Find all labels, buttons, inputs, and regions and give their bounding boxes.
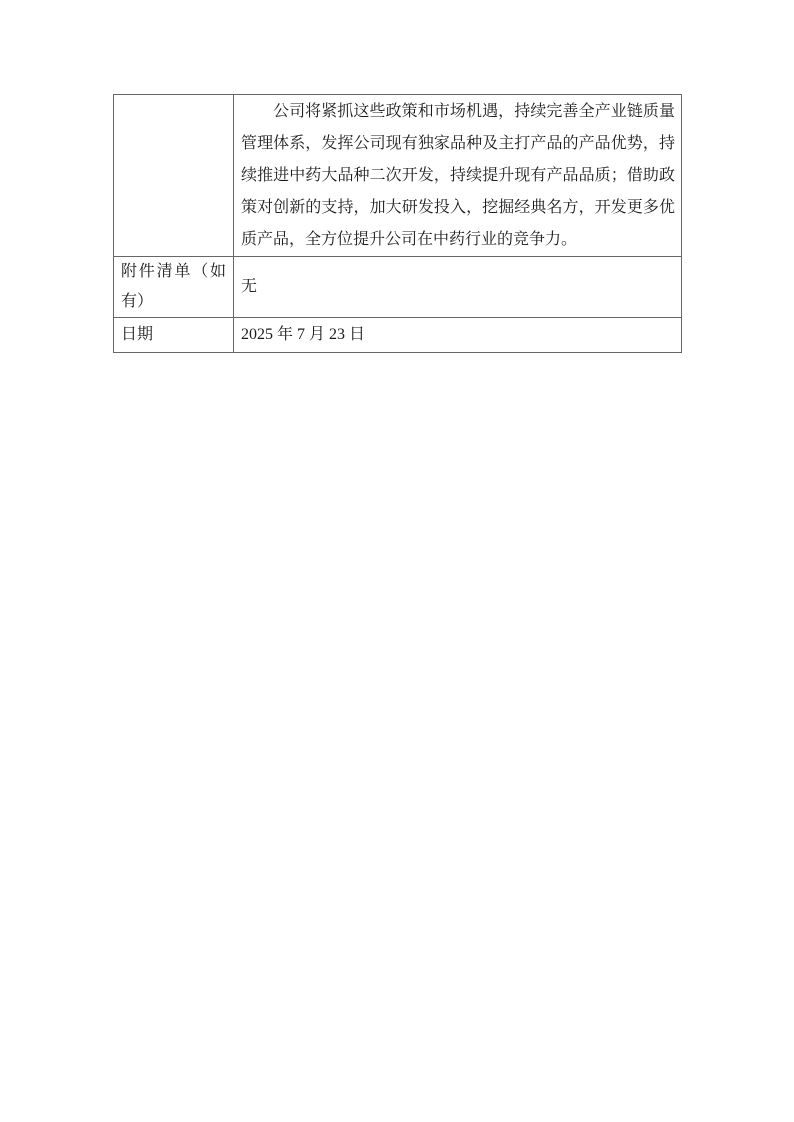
company-strategy-paragraph: 公司将紧抓这些政策和市场机遇，持续完善全产业链质量管理体系，发挥公司现有独家品种… — [241, 95, 675, 256]
document-page: 公司将紧抓这些政策和市场机遇，持续完善全产业链质量管理体系，发挥公司现有独家品种… — [0, 0, 794, 1122]
table-row: 公司将紧抓这些政策和市场机遇，持续完善全产业链质量管理体系，发挥公司现有独家品种… — [114, 95, 682, 257]
table-row: 附件清单（如有） 无 — [114, 257, 682, 318]
date-label: 日期 — [114, 318, 234, 353]
attachment-list-label: 附件清单（如有） — [114, 257, 234, 318]
attachment-date-table: 公司将紧抓这些政策和市场机遇，持续完善全产业链质量管理体系，发挥公司现有独家品种… — [113, 94, 682, 353]
table-row: 日期 2025 年 7 月 23 日 — [114, 318, 682, 353]
continuation-value-cell: 公司将紧抓这些政策和市场机遇，持续完善全产业链质量管理体系，发挥公司现有独家品种… — [234, 95, 682, 257]
attachment-list-value: 无 — [234, 257, 682, 318]
date-value: 2025 年 7 月 23 日 — [234, 318, 682, 353]
continuation-label-cell — [114, 95, 234, 257]
